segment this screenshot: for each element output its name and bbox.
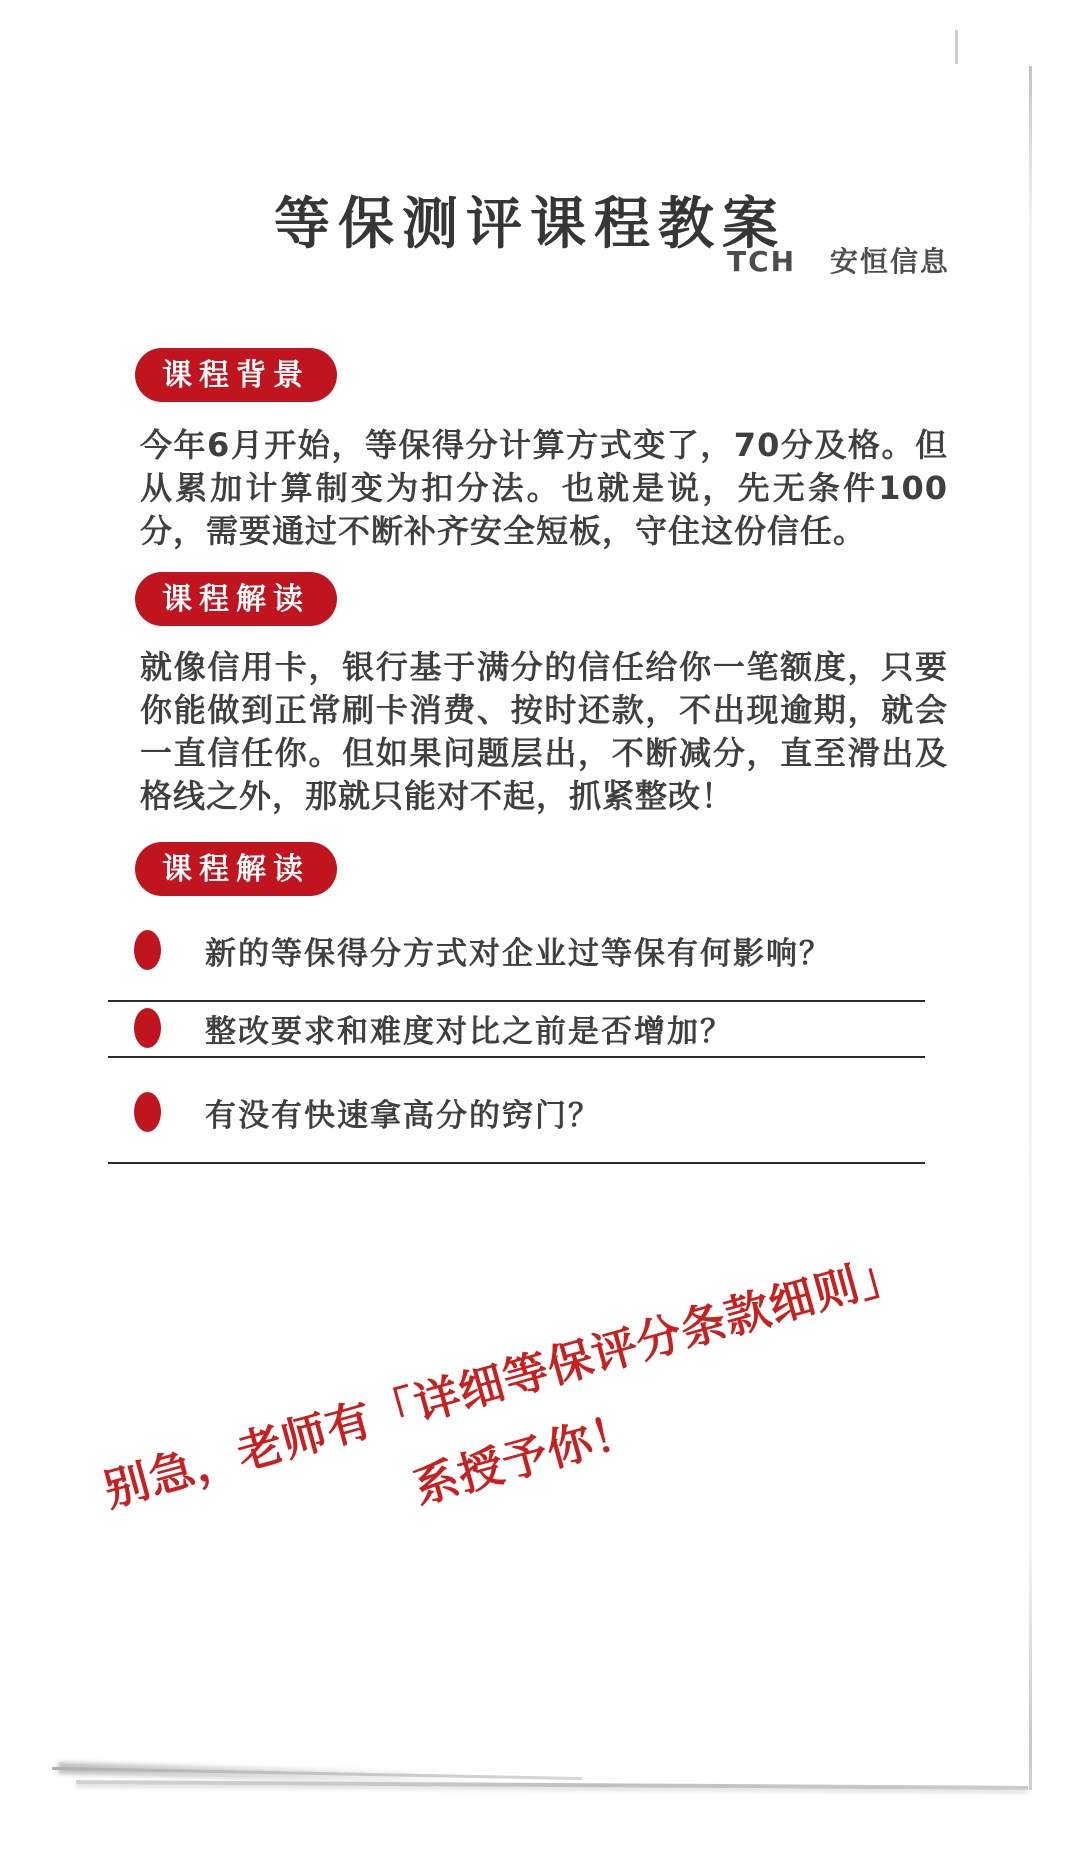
document-page: 等保测评课程教案 TCH 安恒信息 课程背景 今年6月开始，等保得分计算方式变了… [0,0,1080,1863]
question-text: 有没有快速拿高分的窍门？ [205,1090,601,1135]
page-right-edge [1029,66,1032,1790]
question-item: 有没有快速拿高分的窍门？ [134,1090,601,1134]
byline-author: TCH [727,245,796,278]
course-interpretation-paragraph: 就像信用卡，银行基于满分的信任给你一笔额度，只要你能做到正常刷卡消费、按时还款，… [140,646,948,818]
byline-company: 安恒信息 [830,245,950,278]
divider [108,1056,925,1058]
question-text: 新的等保得分方式对企业过等保有何影响？ [205,928,832,973]
section-badge-course-background: 课程背景 [135,348,337,402]
bullet-dot-icon [134,1092,161,1132]
course-background-paragraph: 今年6月开始，等保得分计算方式变了，70分及格。但从累加计算制变为扣分法。也就是… [140,424,948,553]
bullet-dot-icon [134,930,161,970]
bullet-dot-icon [134,1008,161,1048]
page-bottom-edge [76,1780,1028,1790]
question-item: 整改要求和难度对比之前是否增加？ [134,1006,733,1050]
divider [108,1000,925,1002]
byline: TCH 安恒信息 [727,240,950,280]
question-text: 整改要求和难度对比之前是否增加？ [205,1006,733,1051]
section-badge-course-interpretation: 课程解读 [135,572,337,626]
section-badge-course-questions: 课程解读 [135,842,337,896]
question-item: 新的等保得分方式对企业过等保有何影响？ [134,928,832,972]
page-edge-mark [955,30,958,64]
handwritten-stamp: 别急，老师有「详细等保评分条款细则」 系授予你！ [60,1223,970,1618]
divider [108,1162,925,1164]
